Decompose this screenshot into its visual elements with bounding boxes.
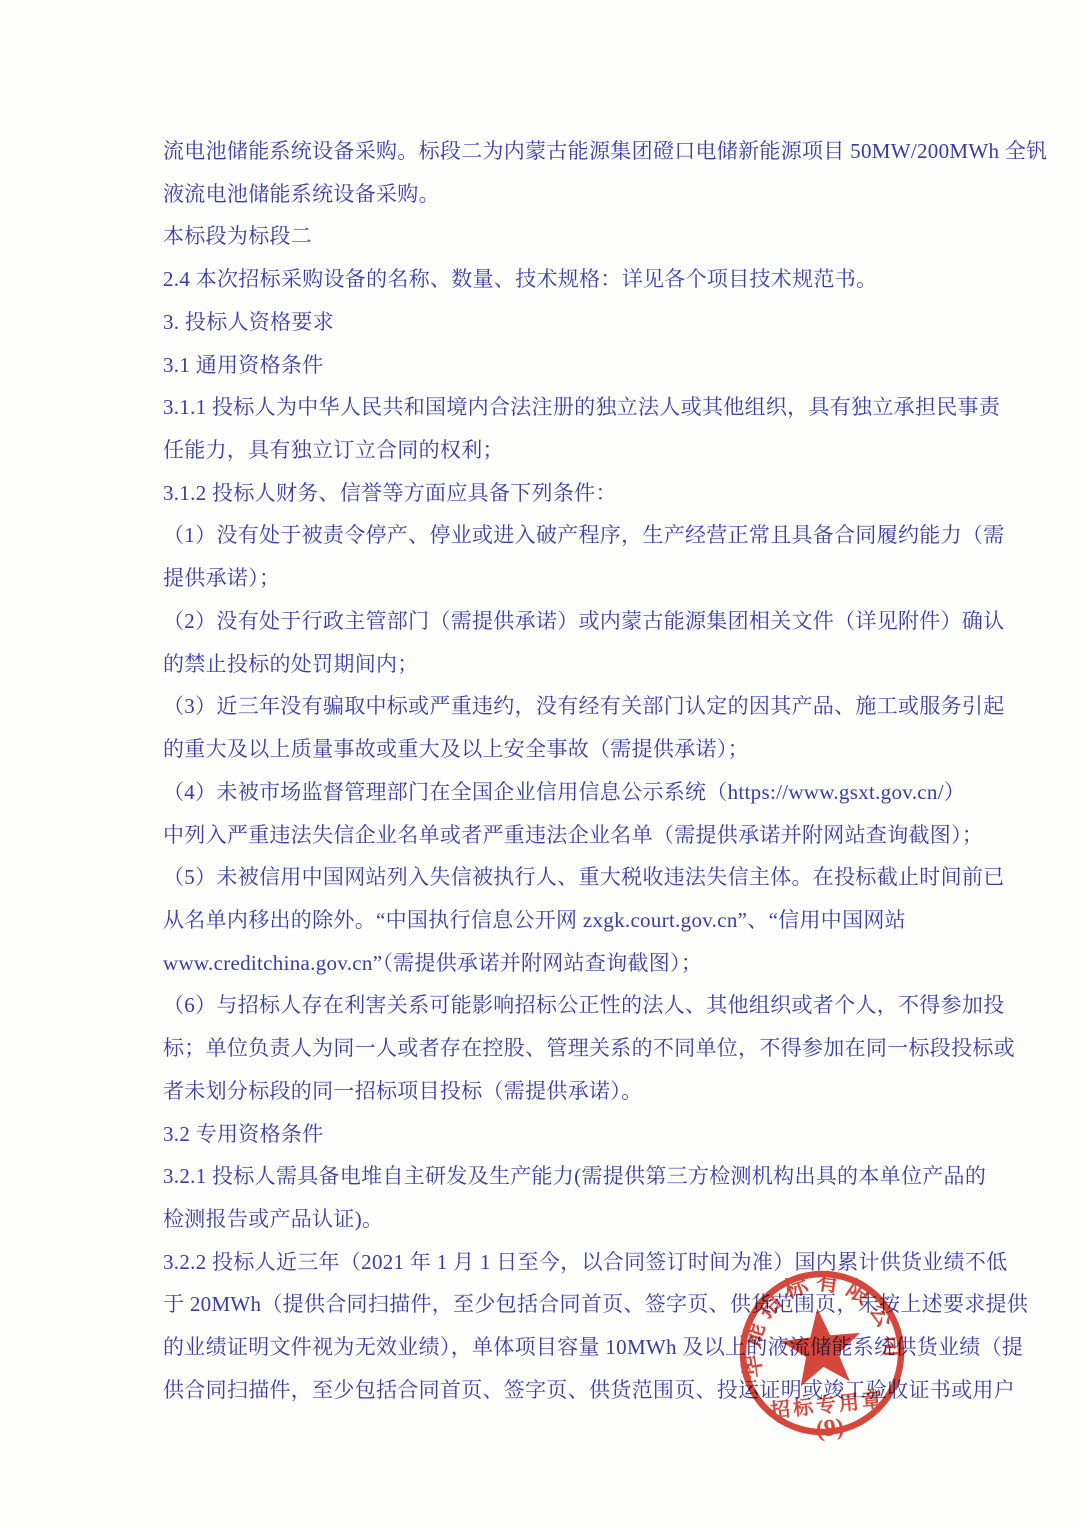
text-line: （4）未被市场监督管理部门在全国企业信用信息公示系统（https://www.g… xyxy=(163,771,1003,814)
text-line: 流电池储能系统设备采购。标段二为内蒙古能源集团磴口电储新能源项目 50MW/20… xyxy=(163,130,1003,173)
text-line: （5）未被信用中国网站列入失信被执行人、重大税收违法失信主体。在投标截止时间前已 xyxy=(163,856,1003,899)
text-line: 的重大及以上质量事故或重大及以上安全事故（需提供承诺）； xyxy=(163,728,1003,771)
text-line: 的禁止投标的处罚期间内； xyxy=(163,643,1003,686)
text-line: 者未划分标段的同一招标项目投标（需提供承诺）。 xyxy=(163,1070,1003,1113)
text-line: 从名单内移出的除外。“中国执行信息公开网 zxgk.court.gov.cn”、… xyxy=(163,899,1003,942)
text-line: 3.1.1 投标人为中华人民共和国境内合法注册的独立法人或其他组织，具有独立承担… xyxy=(163,386,1003,429)
text-line: 3.1 通用资格条件 xyxy=(163,344,1003,387)
red-company-seal: 华能招标有限公司 招标专用章 (9) xyxy=(697,1228,947,1478)
text-line: （6）与招标人存在利害关系可能影响招标公正性的法人、其他组织或者个人，不得参加投 xyxy=(163,984,1003,1027)
text-line: （3）近三年没有骗取中标或严重违约，没有经有关部门认定的因其产品、施工或服务引起 xyxy=(163,685,1003,728)
text-line: www.creditchina.gov.cn”（需提供承诺并附网站查询截图）； xyxy=(163,942,1003,985)
text-line: 3.2.1 投标人需具备电堆自主研发及生产能力(需提供第三方检测机构出具的本单位… xyxy=(163,1155,1003,1198)
text-line: 液流电池储能系统设备采购。 xyxy=(163,173,1003,216)
text-line: 提供承诺）； xyxy=(163,557,1003,600)
text-line: 中列入严重违法失信企业名单或者严重违法企业名单（需提供承诺并附网站查询截图）； xyxy=(163,814,1003,857)
seal-star-icon xyxy=(778,1304,865,1388)
text-line: 任能力，具有独立订立合同的权利； xyxy=(163,429,1003,472)
text-line: 2.4 本次招标采购设备的名称、数量、技术规格：详见各个项目技术规范书。 xyxy=(163,258,1003,301)
document-body: 流电池储能系统设备采购。标段二为内蒙古能源集团磴口电储新能源项目 50MW/20… xyxy=(163,130,1003,1412)
text-line: 标；单位负责人为同一人或者存在控股、管理关系的不同单位，不得参加在同一标段投标或 xyxy=(163,1027,1003,1070)
text-line: （2）没有处于行政主管部门（需提供承诺）或内蒙古能源集团相关文件（详见附件）确认 xyxy=(163,600,1003,643)
seal-number: (9) xyxy=(815,1414,846,1443)
text-line: 本标段为标段二 xyxy=(163,215,1003,258)
text-line: 3.1.2 投标人财务、信誉等方面应具备下列条件： xyxy=(163,472,1003,515)
text-line: 3.2 专用资格条件 xyxy=(163,1113,1003,1156)
document-page: 流电池储能系统设备采购。标段二为内蒙古能源集团磴口电储新能源项目 50MW/20… xyxy=(0,0,1080,1527)
text-line: （1）没有处于被责令停产、停业或进入破产程序，生产经营正常且具备合同履约能力（需 xyxy=(163,514,1003,557)
text-line: 3. 投标人资格要求 xyxy=(163,301,1003,344)
